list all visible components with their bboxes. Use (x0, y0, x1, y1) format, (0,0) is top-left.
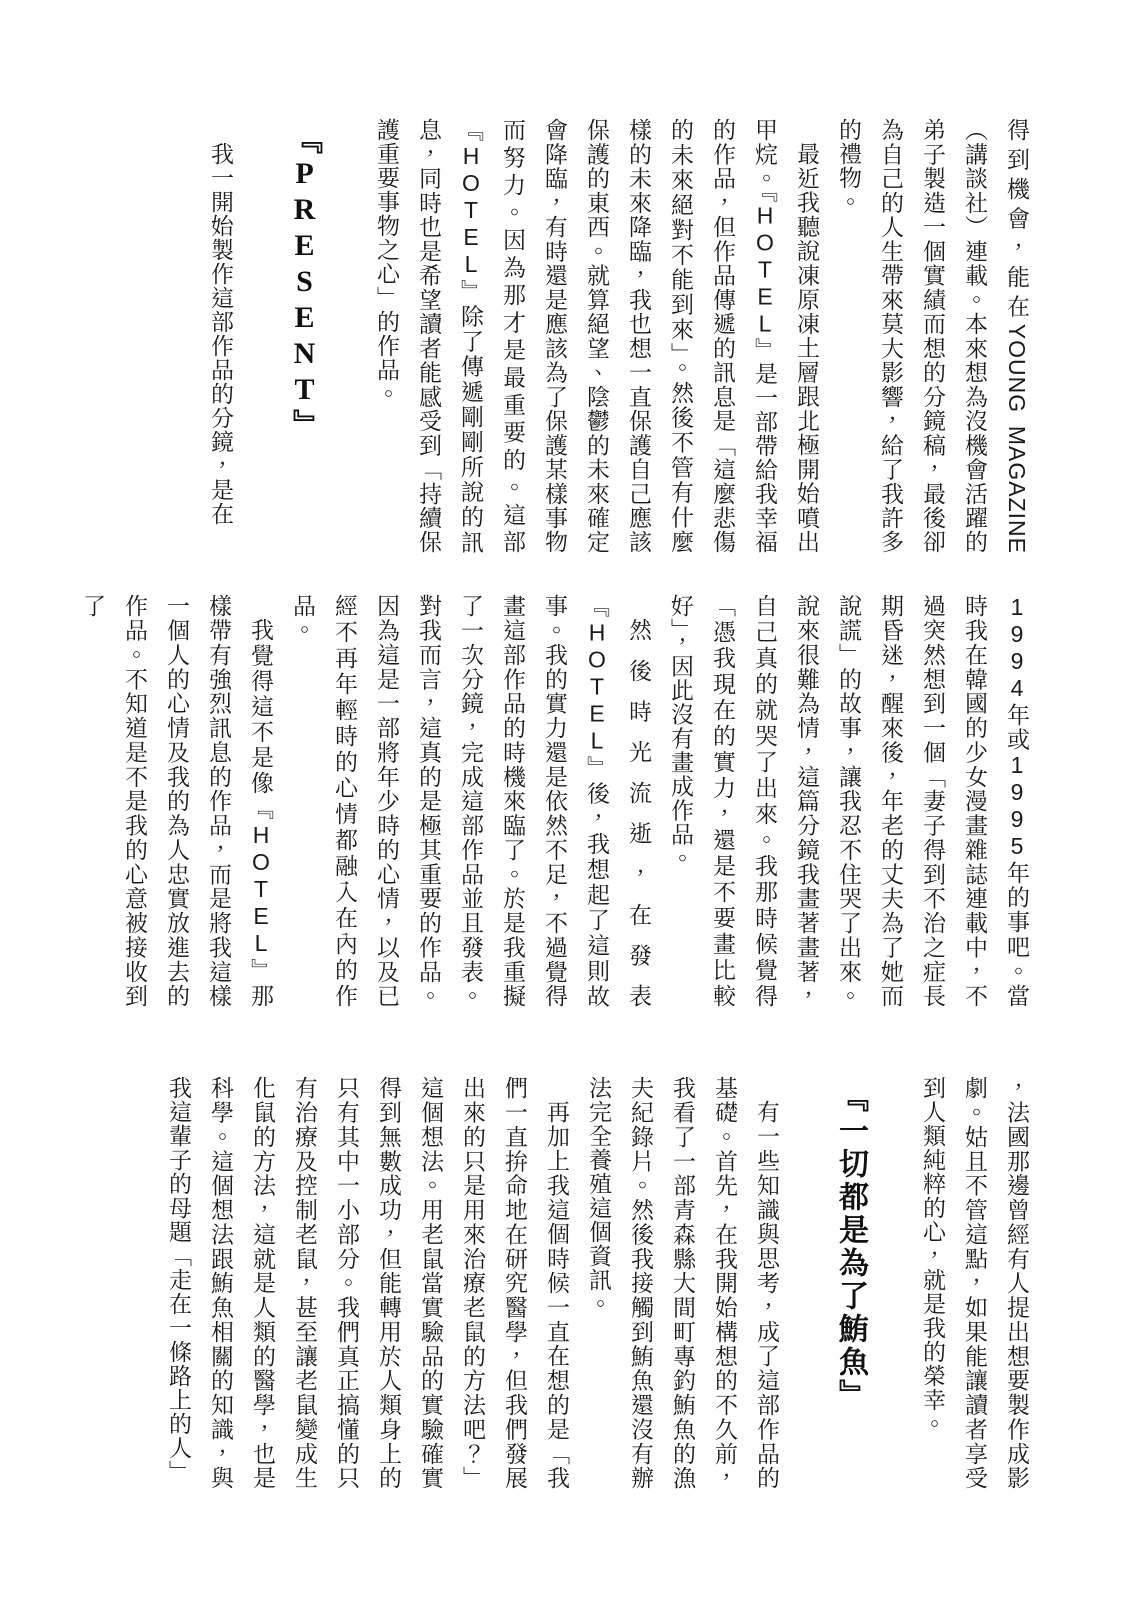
text-band-top: 得到機會，能在YOUNG MAGAZINE（講談社）連載。本來想為沒機會活躍的弟… (200, 118, 1038, 554)
heading-bracket-open: 『 (288, 124, 321, 157)
section-heading-tuna: 『一切都是為了鮪魚』 (832, 1082, 868, 1490)
section-heading-present: 『PRESENT』 (286, 124, 322, 554)
text-run: （講談社）連載。本來想為沒機會活躍的弟子製造一個實績而想的分鏡稿，最後卻為自己的… (836, 118, 988, 554)
text-band-middle: 1994年或1995年的事吧。當時我在韓國的少女漫畫雜誌連載中，不過突然想到一個… (72, 594, 1038, 1008)
paragraph: 有一些知識與思考，成了這部作品的基礎。首先，在我開始構想的不久前，我看了一部青森… (578, 1076, 788, 1490)
heading-text: 『一切都是為了鮪魚』 (834, 1082, 867, 1412)
text-run: 我一開始製作這部作品的分鏡，是在 (208, 142, 234, 526)
text-run-digits-upright: 1995 (1004, 752, 1030, 860)
text-run: 』後，我想起了這則故事。我的實力還是依然不足，不過覺得畫這部作品的時機來臨了。於… (290, 594, 610, 1008)
text-run: 再加上我這個時候一直在想的是「我們一直拚命地在研究醫學，但我們發展出來的只是用來… (166, 1076, 570, 1490)
heading-bracket-close: 』 (288, 409, 321, 442)
paragraph: 1994年或1995年的事吧。當時我在韓國的少女漫畫雜誌連載中，不過突然想到一個… (660, 594, 1038, 1008)
text-band-bottom: ，法國那邊曾經有人提出想要製作成影劇。姑且不管這點，如果能讓讀者享受到人類純粹的… (158, 1076, 1038, 1490)
text-run: ，法國那邊曾經有人提出想要製作成影劇。姑且不管這點，如果能讓讀者享受到人類純粹的… (920, 1076, 1030, 1490)
text-run-digits-upright: 1994 (1004, 594, 1030, 702)
paragraph: 最近我聽說凍原凍土層跟北極開始噴出甲烷。『HOTEL』是一部帶給我幸福的作品，但… (366, 118, 828, 554)
paragraph: ，法國那邊曾經有人提出想要製作成影劇。姑且不管這點，如果能讓讀者享受到人類純粹的… (912, 1076, 1038, 1490)
text-run: 我覺得這不是像『 (248, 618, 274, 822)
text-run-latin-upright: HOTEL (458, 143, 484, 278)
text-run-latin-upright: HOTEL (752, 203, 778, 338)
paragraph: 得到機會，能在YOUNG MAGAZINE（講談社）連載。本來想為沒機會活躍的弟… (828, 118, 1038, 554)
text-run: 有一些知識與思考，成了這部作品的基礎。首先，在我開始構想的不久前，我看了一部青森… (586, 1076, 780, 1490)
paragraph: 我覺得這不是像『HOTEL』那樣帶有強烈訊息的作品，而是將我這樣一個人的心情及我… (72, 594, 282, 1008)
text-run: 年或 (1004, 702, 1030, 752)
text-run-latin-upright: HOTEL (248, 822, 274, 957)
text-run-latin-upright: HOTEL (584, 619, 610, 754)
text-run: 年的事吧。當時我在韓國的少女漫畫雜誌連載中，不過突然想到一個「妻子得到不治之症長… (668, 594, 1030, 1008)
paragraph: 然後時光流逝，在發表『HOTEL』後，我想起了這則故事。我的實力還是依然不足，不… (282, 594, 660, 1008)
text-run: 』是一部帶給我幸福的作品，但作品傳遞的訊息是「這麼悲傷的未來絕對不能到來」。然後… (458, 118, 778, 554)
text-run: 得到機會，能在 (1004, 118, 1030, 324)
heading-text-latin-upright: PRESENT (288, 157, 321, 409)
afterword-page: 得到機會，能在YOUNG MAGAZINE（講談社）連載。本來想為沒機會活躍的弟… (0, 0, 1126, 1600)
paragraph: 我一開始製作這部作品的分鏡，是在 (200, 118, 242, 554)
text-run: 』那樣帶有強烈訊息的作品，而是將我這樣一個人的心情及我的為人忠實放進去的作品。不… (80, 594, 274, 1008)
text-run-latin-rotated: YOUNG MAGAZINE (1004, 324, 1030, 554)
paragraph: 再加上我這個時候一直在想的是「我們一直拚命地在研究醫學，但我們發展出來的只是用來… (158, 1076, 578, 1490)
